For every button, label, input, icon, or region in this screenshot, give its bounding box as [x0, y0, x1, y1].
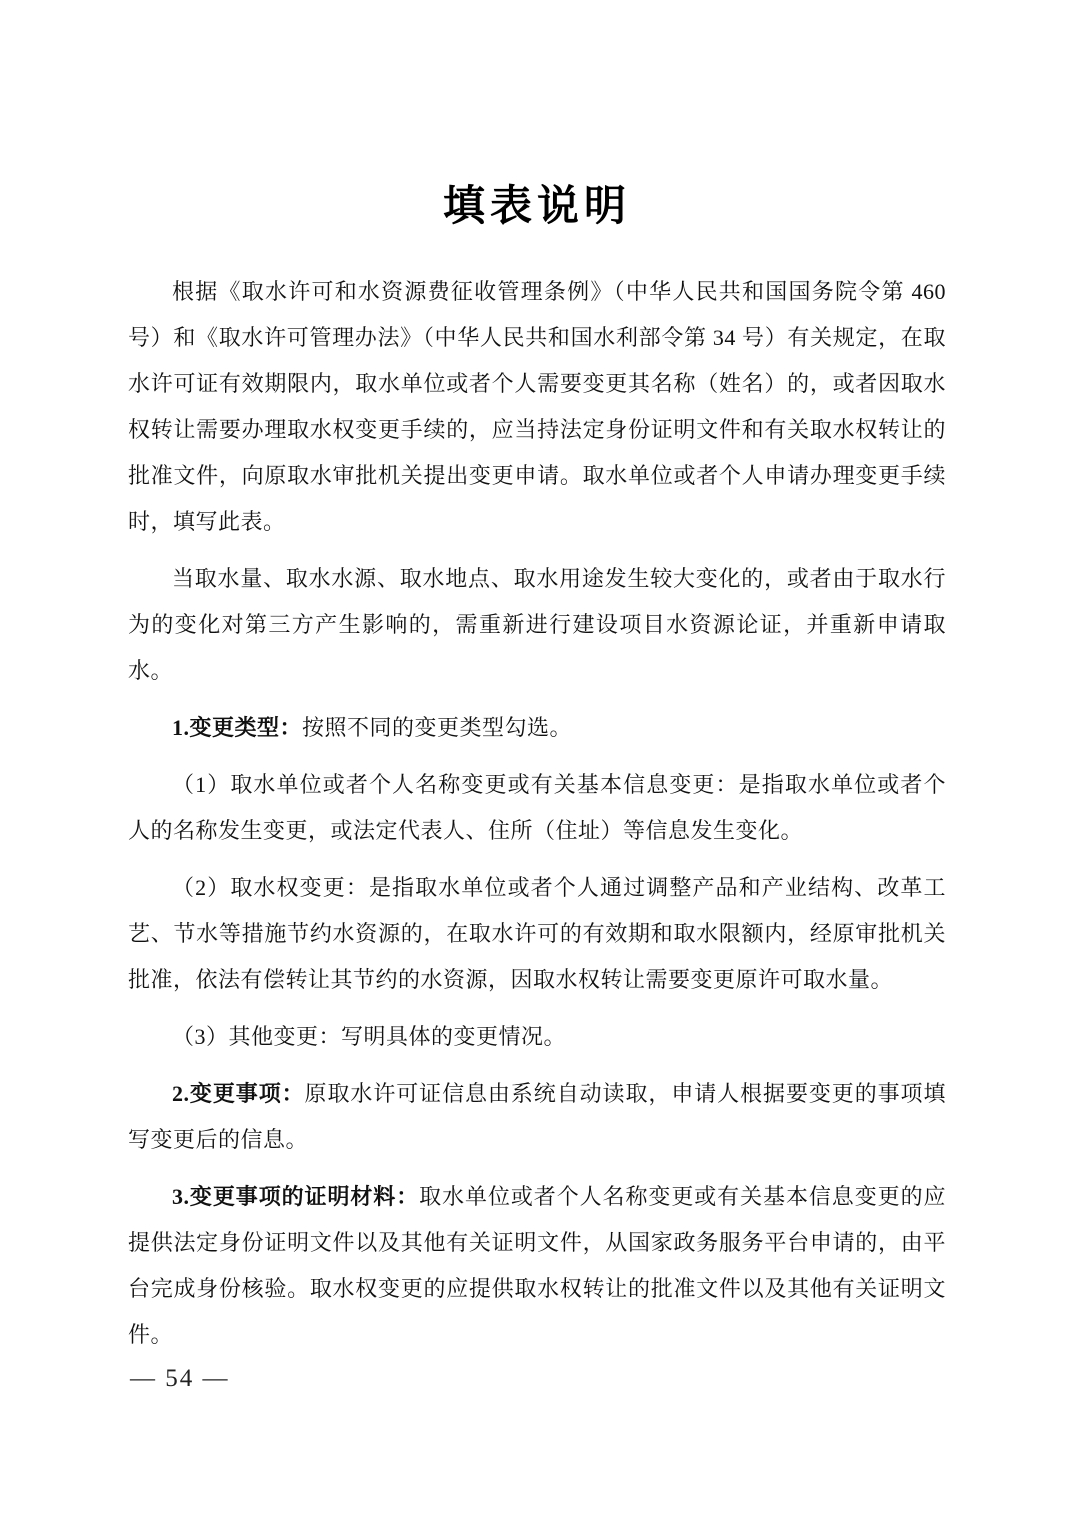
paragraph-text: 按照不同的变更类型勾选。	[302, 715, 572, 740]
paragraph-text: （1）取水单位或者个人名称变更或有关基本信息变更：是指取水单位或者个人的名称发生…	[128, 772, 946, 843]
paragraph-item-2-change-items: 2.变更事项：原取水许可证信息由系统自动读取，申请人根据要变更的事项填写变更后的…	[128, 1071, 946, 1163]
paragraph-subitem-2: （2）取水权变更：是指取水单位或者个人通过调整产品和产业结构、改革工艺、节水等措…	[128, 865, 946, 1003]
paragraph-item-1-change-type: 1.变更类型：按照不同的变更类型勾选。	[128, 705, 946, 751]
page-number: — 54 —	[130, 1365, 230, 1393]
paragraph-intro: 根据《取水许可和水资源费征收管理条例》（中华人民共和国国务院令第 460 号）和…	[128, 269, 946, 545]
paragraph-text: （3）其他变更：写明具体的变更情况。	[172, 1024, 566, 1049]
document-body: 根据《取水许可和水资源费征收管理条例》（中华人民共和国国务院令第 460 号）和…	[0, 269, 1074, 1358]
paragraph-item-3-proof-materials: 3.变更事项的证明材料：取水单位或者个人名称变更或有关基本信息变更的应提供法定身…	[128, 1174, 946, 1358]
page-title: 填表说明	[0, 185, 1074, 227]
document-page: 填表说明 根据《取水许可和水资源费征收管理条例》（中华人民共和国国务院令第 46…	[0, 0, 1074, 1520]
paragraph-reapply-note: 当取水量、取水水源、取水地点、取水用途发生较大变化的，或者由于取水行为的变化对第…	[128, 556, 946, 694]
paragraph-lead: 1.变更类型：	[172, 715, 302, 740]
paragraph-lead: 2.变更事项：	[172, 1081, 305, 1106]
paragraph-text: 根据《取水许可和水资源费征收管理条例》（中华人民共和国国务院令第 460 号）和…	[128, 279, 946, 534]
paragraph-lead: 3.变更事项的证明材料：	[172, 1184, 419, 1209]
paragraph-subitem-1: （1）取水单位或者个人名称变更或有关基本信息变更：是指取水单位或者个人的名称发生…	[128, 762, 946, 854]
paragraph-text: 当取水量、取水水源、取水地点、取水用途发生较大变化的，或者由于取水行为的变化对第…	[128, 566, 946, 683]
paragraph-subitem-3: （3）其他变更：写明具体的变更情况。	[128, 1014, 946, 1060]
paragraph-text: （2）取水权变更：是指取水单位或者个人通过调整产品和产业结构、改革工艺、节水等措…	[128, 875, 946, 992]
